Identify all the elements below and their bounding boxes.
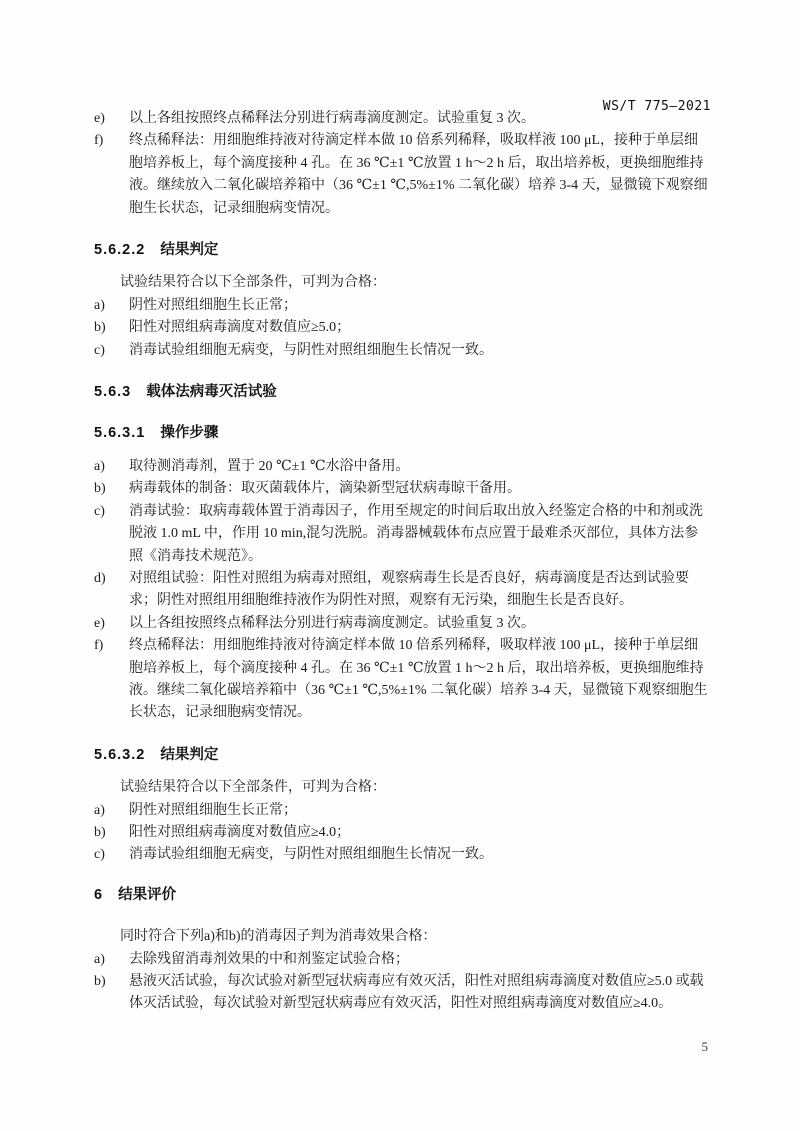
section-title: 结果判定: [160, 242, 218, 258]
section-number: 5.6.3: [94, 384, 131, 400]
section-number: 5.6.3.2: [94, 747, 145, 763]
list-item: b) 阳性对照组病毒滴度对数值应≥5.0；: [94, 317, 712, 339]
list-item-label: a): [94, 800, 129, 822]
list-item-text: 悬液灭活试验，每次试验对新型冠状病毒应有效灭活，阳性对照组病毒滴度对数值应≥5.…: [129, 971, 712, 1016]
list-item: d) 对照组试验：阳性对照组为病毒对照组，观察病毒生长是否良好，病毒滴度是否达到…: [94, 568, 712, 613]
list-item-label: f): [94, 635, 129, 725]
list-item-text: 阴性对照组细胞生长正常；: [129, 295, 712, 317]
list-item-label: c): [94, 844, 129, 866]
section-number: 5.6.2.2: [94, 242, 145, 258]
section-heading-5-6-3: 5.6.3载体法病毒灭活试验: [94, 381, 712, 403]
list-item-label: c): [94, 340, 129, 362]
list-item-label: e): [94, 613, 129, 635]
list-item-text: 病毒载体的制备：取灭菌载体片，滴染新型冠状病毒晾干备用。: [129, 478, 712, 500]
list-item-label: b): [94, 317, 129, 339]
list-item: c) 消毒试验组细胞无病变，与阴性对照组细胞生长情况一致。: [94, 844, 712, 866]
page-number: 5: [702, 1036, 709, 1058]
list-item-label: e): [94, 108, 129, 130]
list-item: e) 以上各组按照终点稀释法分别进行病毒滴度测定。试验重复 3 次。: [94, 108, 712, 130]
list-item: a) 阴性对照组细胞生长正常；: [94, 295, 712, 317]
list-item-text: 终点稀释法：用细胞维持液对待滴定样本做 10 倍系列稀释，吸取样液 100 μL…: [129, 130, 712, 220]
list-item: a) 去除残留消毒剂效果的中和剂鉴定试验合格；: [94, 949, 712, 971]
list-item-label: d): [94, 568, 129, 613]
section-number: 6: [94, 887, 103, 903]
list-item: c) 消毒试验组细胞无病变，与阴性对照组细胞生长情况一致。: [94, 340, 712, 362]
list-item-text: 阳性对照组病毒滴度对数值应≥5.0；: [129, 317, 712, 339]
section-title: 操作步骤: [160, 425, 218, 441]
list-item: a) 取待测消毒剂，置于 20 ℃±1 ℃水浴中备用。: [94, 456, 712, 478]
section-heading-6: 6结果评价: [94, 884, 712, 906]
document-content: e) 以上各组按照终点稀释法分别进行病毒滴度测定。试验重复 3 次。 f) 终点…: [94, 108, 712, 1016]
list-item-label: a): [94, 949, 129, 971]
document-page: WS/T 775—2021 e) 以上各组按照终点稀释法分别进行病毒滴度测定。试…: [0, 0, 800, 1131]
list-item-text: 消毒试验组细胞无病变，与阴性对照组细胞生长情况一致。: [129, 340, 712, 362]
list-item-label: f): [94, 130, 129, 220]
list-item-text: 阳性对照组病毒滴度对数值应≥4.0；: [129, 822, 712, 844]
list-item: c) 消毒试验：取病毒载体置于消毒因子，作用至规定的时间后取出放入经鉴定合格的中…: [94, 501, 712, 568]
list-item-text: 以上各组按照终点稀释法分别进行病毒滴度测定。试验重复 3 次。: [129, 613, 712, 635]
list-item-label: b): [94, 822, 129, 844]
section-heading-5-6-3-2: 5.6.3.2结果判定: [94, 744, 712, 766]
list-item: f) 终点稀释法：用细胞维持液对待滴定样本做 10 倍系列稀释，吸取样液 100…: [94, 130, 712, 220]
list-item-text: 以上各组按照终点稀释法分别进行病毒滴度测定。试验重复 3 次。: [129, 108, 712, 130]
list-item-text: 对照组试验：阳性对照组为病毒对照组，观察病毒生长是否良好，病毒滴度是否达到试验要…: [129, 568, 712, 613]
list-item-text: 取待测消毒剂，置于 20 ℃±1 ℃水浴中备用。: [129, 456, 712, 478]
section-title: 载体法病毒灭活试验: [146, 384, 277, 400]
list-item-text: 消毒试验：取病毒载体置于消毒因子，作用至规定的时间后取出放入经鉴定合格的中和剂或…: [129, 501, 712, 568]
section-title: 结果判定: [160, 747, 218, 763]
paragraph: 同时符合下列a)和b)的消毒因子判为消毒效果合格：: [94, 926, 712, 948]
list-item-label: b): [94, 478, 129, 500]
list-item-label: b): [94, 971, 129, 1016]
list-item: b) 悬液灭活试验，每次试验对新型冠状病毒应有效灭活，阳性对照组病毒滴度对数值应…: [94, 971, 712, 1016]
list-item: e) 以上各组按照终点稀释法分别进行病毒滴度测定。试验重复 3 次。: [94, 613, 712, 635]
list-item-label: c): [94, 501, 129, 568]
list-item-text: 消毒试验组细胞无病变，与阴性对照组细胞生长情况一致。: [129, 844, 712, 866]
section-number: 5.6.3.1: [94, 425, 145, 441]
list-item: a) 阴性对照组细胞生长正常；: [94, 800, 712, 822]
list-item-text: 终点稀释法：用细胞维持液对待滴定样本做 10 倍系列稀释，吸取样液 100 μL…: [129, 635, 712, 725]
list-item-label: a): [94, 456, 129, 478]
list-item: b) 病毒载体的制备：取灭菌载体片，滴染新型冠状病毒晾干备用。: [94, 478, 712, 500]
list-item: f) 终点稀释法：用细胞维持液对待滴定样本做 10 倍系列稀释，吸取样液 100…: [94, 635, 712, 725]
list-item-text: 去除残留消毒剂效果的中和剂鉴定试验合格；: [129, 949, 712, 971]
section-heading-5-6-2-2: 5.6.2.2结果判定: [94, 239, 712, 261]
list-item-label: a): [94, 295, 129, 317]
paragraph: 试验结果符合以下全部条件，可判为合格：: [94, 272, 712, 294]
list-item-text: 阴性对照组细胞生长正常；: [129, 800, 712, 822]
section-title: 结果评价: [118, 887, 176, 903]
list-item: b) 阳性对照组病毒滴度对数值应≥4.0；: [94, 822, 712, 844]
section-heading-5-6-3-1: 5.6.3.1操作步骤: [94, 422, 712, 444]
paragraph: 试验结果符合以下全部条件，可判为合格：: [94, 777, 712, 799]
